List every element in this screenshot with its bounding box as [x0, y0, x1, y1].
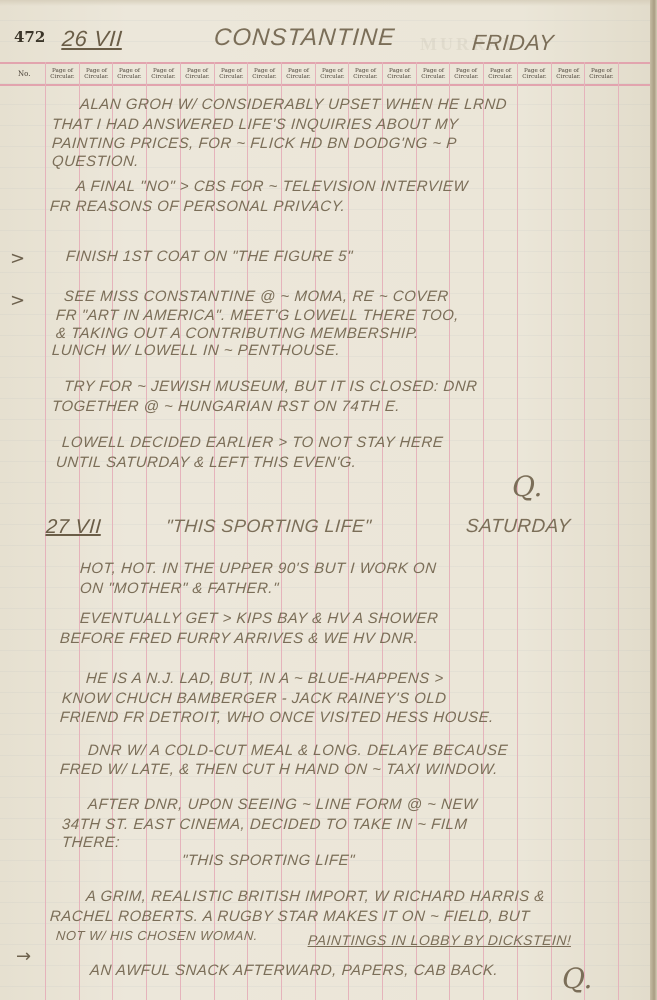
column-header-page-of-circular: Page ofCircular. — [484, 68, 517, 80]
entry2-p1-l2: ON "MOTHER" & FATHER." — [79, 580, 279, 597]
entry2-p1-l1: HOT, HOT. IN THE UPPER 90'S BUT I WORK O… — [79, 560, 437, 577]
column-rule — [618, 62, 619, 1000]
entry1-p6-l2: UNTIL SATURDAY & LEFT THIS EVEN'G. — [55, 454, 357, 471]
entry2-p3-l1: HE IS A N.J. LAD, BUT, IN A ~ BLUE-HAPPE… — [85, 670, 444, 687]
entry2-signature: Q. — [562, 962, 592, 995]
column-header-line2: Circular. — [552, 74, 585, 80]
column-header-page-of-circular: Page ofCircular. — [80, 68, 113, 80]
column-header-page-of-circular: Page ofCircular. — [181, 68, 214, 80]
column-header-page-of-circular: Page ofCircular. — [316, 68, 349, 80]
entry1-p1-l3: PAINTING PRICES, FOR ~ FLICK HD BN DODG'… — [51, 135, 457, 152]
column-header-line2: Circular. — [113, 74, 146, 80]
margin-arrow-3: → — [16, 946, 31, 967]
page-binding-edge — [650, 0, 657, 1000]
column-header-line2: Circular. — [248, 74, 281, 80]
column-header-line2: Circular. — [349, 74, 382, 80]
page-number: 472 — [14, 28, 45, 46]
column-rule — [449, 62, 450, 1000]
entry1-p4-l1: SEE MISS CONSTANTINE @ ~ MOMA, RE ~ COVE… — [63, 288, 449, 305]
column-header-page-of-circular: Page ofCircular. — [450, 68, 483, 80]
entry2-p2-l2: BEFORE FRED FURRY ARRIVES & WE HV DNR. — [59, 630, 419, 647]
entry1-signature: Q. — [512, 470, 542, 503]
column-header-line2: Circular. — [585, 74, 618, 80]
column-header-line2: Circular. — [316, 74, 349, 80]
entry2-p7-l4: PAINTINGS IN LOBBY BY DICKSTEIN! — [307, 932, 572, 948]
column-header-line2: Circular. — [484, 74, 517, 80]
entry1-p1-l2: THAT I HAD ANSWERED LIFE'S INQUIRIES ABO… — [51, 116, 459, 133]
column-header-line2: Circular. — [215, 74, 248, 80]
entry1-p3-l1: FINISH 1ST COAT ON "THE FIGURE 5" — [65, 248, 353, 265]
column-header-page-of-circular: Page ofCircular. — [113, 68, 146, 80]
entry2-p5-l3: THERE: — [61, 834, 120, 851]
entry1-title: CONSTANTINE — [213, 24, 396, 52]
entry2-p5-l2: 34TH ST. EAST CINEMA, DECIDED TO TAKE IN… — [61, 816, 468, 833]
header-rule-bottom — [0, 84, 650, 86]
entry1-p5-l2: TOGETHER @ ~ HUNGARIAN RST ON 74TH E. — [51, 398, 400, 415]
entry2-p7-l2: RACHEL ROBERTS. A RUGBY STAR MAKES IT ON… — [49, 908, 530, 925]
entry1-p2-l1: A FINAL "NO" > CBS FOR ~ TELEVISION INTE… — [75, 178, 468, 195]
column-header-page-of-circular: Page ofCircular. — [46, 68, 79, 80]
entry1-p4-l4: LUNCH W/ LOWELL IN ~ PENTHOUSE. — [51, 342, 340, 359]
ledger-page: 472 MURRAY 26 VII CONSTANTINE FRIDAY No.… — [0, 0, 650, 1000]
column-header-page-of-circular: Page ofCircular. — [552, 68, 585, 80]
column-header-line2: Circular. — [80, 74, 113, 80]
column-header-line2: Circular. — [450, 74, 483, 80]
entry1-p1-l1: ALAN GROH W/ CONSIDERABLY UPSET WHEN HE … — [79, 96, 507, 113]
column-header-page-of-circular: Page ofCircular. — [585, 68, 618, 80]
column-header-line2: Circular. — [46, 74, 79, 80]
column-rule — [584, 62, 585, 1000]
column-header-page-of-circular: Page ofCircular. — [417, 68, 450, 80]
entry2-p7-l1: A GRIM, REALISTIC BRITISH IMPORT, W RICH… — [85, 888, 545, 905]
column-header-no: No. — [18, 70, 30, 78]
margin-arrow-2: > — [10, 290, 25, 311]
entry2-title: "THIS SPORTING LIFE" — [165, 516, 372, 537]
column-header-line2: Circular. — [417, 74, 450, 80]
entry2-p5-l1: AFTER DNR, UPON SEEING ~ LINE FORM @ ~ N… — [87, 796, 478, 813]
column-rule — [382, 62, 383, 1000]
entry1-p5-l1: TRY FOR ~ JEWISH MUSEUM, BUT IT IS CLOSE… — [63, 378, 478, 395]
entry2-p4-l2: FRED W/ LATE, & THEN CUT H HAND ON ~ TAX… — [59, 761, 498, 778]
entry1-p1-l4: QUESTION. — [51, 153, 139, 170]
entry2-p3-l2: KNOW CHUCH BAMBERGER - JACK RAINEY'S OLD — [61, 690, 447, 707]
entry2-p7-l3: NOT W/ HIS CHOSEN WOMAN. — [55, 928, 258, 943]
column-header-line2: Circular. — [383, 74, 416, 80]
entry2-p8-l1: AN AWFUL SNACK AFTERWARD, PAPERS, CAB BA… — [89, 962, 498, 979]
column-header-page-of-circular: Page ofCircular. — [215, 68, 248, 80]
column-header-page-of-circular: Page ofCircular. — [518, 68, 551, 80]
column-header-line2: Circular. — [518, 74, 551, 80]
column-header-line2: Circular. — [147, 74, 180, 80]
column-header-line2: Circular. — [282, 74, 315, 80]
entry1-p4-l3: & TAKING OUT A CONTRIBUTING MEMBERSHIP. — [55, 325, 419, 342]
entry2-p2-l1: EVENTUALLY GET > KIPS BAY & HV A SHOWER — [79, 610, 439, 627]
entry2-p4-l1: DNR W/ A COLD-CUT MEAL & LONG. DELAYE BE… — [87, 742, 508, 759]
margin-arrow-1: > — [10, 248, 25, 269]
entry2-p3-l3: FRIEND FR DETROIT, WHO ONCE VISITED HESS… — [59, 709, 494, 726]
column-header-page-of-circular: Page ofCircular. — [248, 68, 281, 80]
entry1-p6-l1: LOWELL DECIDED EARLIER > TO NOT STAY HER… — [61, 434, 443, 451]
column-rule — [416, 62, 417, 1000]
entry2-day: SATURDAY — [465, 516, 571, 538]
column-header-page-of-circular: Page ofCircular. — [282, 68, 315, 80]
entry2-date: 27 VII — [45, 516, 102, 539]
column-header-line2: Circular. — [181, 74, 214, 80]
column-header-page-of-circular: Page ofCircular. — [147, 68, 180, 80]
entry1-day: FRIDAY — [471, 30, 555, 56]
header-rule-top — [0, 62, 650, 64]
entry1-p4-l2: FR "ART IN AMERICA". MEET'G LOWELL THERE… — [55, 307, 459, 324]
page-top-shadow — [0, 0, 657, 6]
column-header-page-of-circular: Page ofCircular. — [349, 68, 382, 80]
entry1-date: 26 VII — [61, 26, 123, 52]
entry1-p2-l2: FR REASONS OF PERSONAL PRIVACY. — [49, 198, 346, 215]
entry2-p6-l1: "THIS SPORTING LIFE" — [181, 852, 355, 869]
column-header-page-of-circular: Page ofCircular. — [383, 68, 416, 80]
